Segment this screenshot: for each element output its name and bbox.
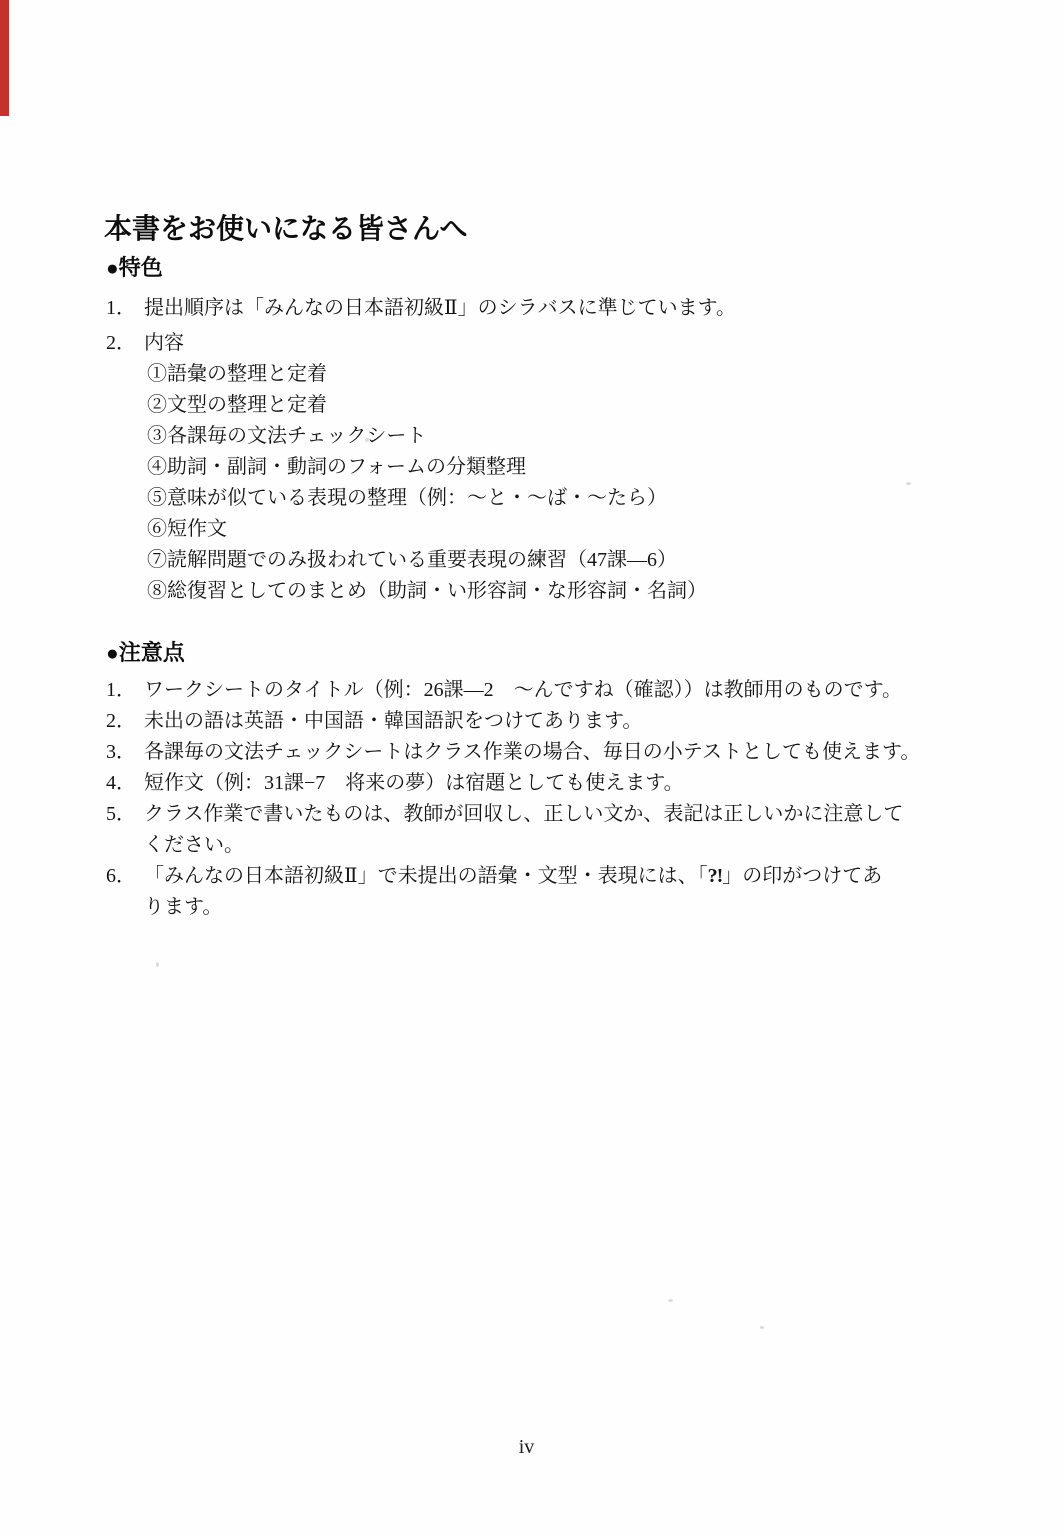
feature-subitem: ④助詞・副詞・動詞のフォームの分類整理 — [147, 452, 986, 483]
page-title: 本書をお使いになる皆さんへ — [104, 211, 467, 247]
bullet-icon: ● — [106, 257, 119, 280]
note-item: 6． 「みんなの日本語初級Ⅱ」で未提出の語彙・文型・表現には、「?!」の印がつけ… — [106, 861, 986, 923]
feature-subitem: ②文型の整理と定着 — [147, 390, 986, 421]
item-number: 1． — [106, 293, 144, 324]
item-number: 4． — [106, 768, 144, 799]
bullet-icon: ● — [106, 642, 119, 665]
item-text: 短作文（例：31課−7 将来の夢）は宿題としても使えます。 — [144, 768, 986, 799]
features-heading-label: 特色 — [119, 255, 163, 280]
scan-speck — [668, 1299, 673, 1302]
note-item: 5． クラス作業で書いたものは、教師が回収し、正しい文か、表記は正しいかに注意し… — [106, 799, 986, 861]
item-number: 2． — [106, 706, 144, 737]
item-text: 「みんなの日本語初級Ⅱ」で未提出の語彙・文型・表現には、「?!」の印がつけてあ … — [144, 861, 986, 923]
item-number: 5． — [106, 799, 144, 830]
feature-subitem: ③各課毎の文法チェックシート — [147, 421, 986, 452]
feature-subitem: ⑦読解問題でのみ扱われている重要表現の練習（47課—6） — [147, 545, 986, 576]
feature-sublist: ①語彙の整理と定着 ②文型の整理と定着 ③各課毎の文法チェックシート ④助詞・副… — [106, 359, 986, 607]
item-text: 未出の語は英語・中国語・韓国語訳をつけてあります。 — [144, 706, 986, 737]
scan-speck — [365, 438, 369, 442]
item-text: ワークシートのタイトル（例：26課—2 〜んですね（確認））は教師用のものです。 — [144, 675, 986, 706]
note-item: 2． 未出の語は英語・中国語・韓国語訳をつけてあります。 — [106, 706, 986, 737]
item-text: クラス作業で書いたものは、教師が回収し、正しい文か、表記は正しいかに注意して く… — [144, 799, 986, 861]
document-page: 本書をお使いになる皆さんへ ●特色 1． 提出順序は「みんなの日本語初級Ⅱ」のシ… — [0, 0, 1063, 1536]
features-heading: ●特色 — [106, 254, 986, 283]
note-item: 1． ワークシートのタイトル（例：26課—2 〜んですね（確認））は教師用のもの… — [106, 675, 986, 706]
scan-speck — [760, 1326, 764, 1329]
notes-heading-label: 注意点 — [119, 640, 185, 665]
feature-item: 1． 提出順序は「みんなの日本語初級Ⅱ」のシラバスに準じています。 — [106, 293, 986, 324]
scan-speck — [906, 482, 911, 485]
scan-edge-mark — [0, 0, 9, 116]
feature-subitem: ⑧総復習としてのまとめ（助詞・い形容詞・な形容詞・名詞） — [147, 576, 986, 607]
feature-subitem: ①語彙の整理と定着 — [147, 359, 986, 390]
scan-speck — [156, 962, 159, 967]
feature-item: 2． 内容 — [106, 328, 986, 359]
section-notes: ●注意点 1． ワークシートのタイトル（例：26課—2 〜んですね（確認））は教… — [106, 639, 986, 923]
item-text: 提出順序は「みんなの日本語初級Ⅱ」のシラバスに準じています。 — [144, 293, 986, 324]
item-text: 内容 — [144, 328, 986, 359]
notes-heading: ●注意点 — [106, 639, 986, 668]
item-text-before-mark: 「みんなの日本語初級Ⅱ」で未提出の語彙・文型・表現には、「 — [144, 865, 708, 887]
note-item: 4． 短作文（例：31課−7 将来の夢）は宿題としても使えます。 — [106, 768, 986, 799]
feature-subitem: ⑥短作文 — [147, 514, 986, 545]
item-number: 1． — [106, 675, 144, 706]
item-number: 6． — [106, 861, 144, 892]
page-number: iv — [0, 1434, 1053, 1460]
item-number: 2． — [106, 328, 144, 359]
feature-subitem: ⑤意味が似ている表現の整理（例：〜と・〜ば・〜たら） — [147, 483, 986, 514]
item-text: 各課毎の文法チェックシートはクラス作業の場合、毎日の小テストとしても使えます。 — [144, 737, 986, 768]
section-features: ●特色 1． 提出順序は「みんなの日本語初級Ⅱ」のシラバスに準じています。 2．… — [106, 254, 986, 607]
note-item: 3． 各課毎の文法チェックシートはクラス作業の場合、毎日の小テストとしても使えま… — [106, 737, 986, 768]
item-number: 3． — [106, 737, 144, 768]
unintroduced-item-mark: ?! — [708, 865, 723, 887]
